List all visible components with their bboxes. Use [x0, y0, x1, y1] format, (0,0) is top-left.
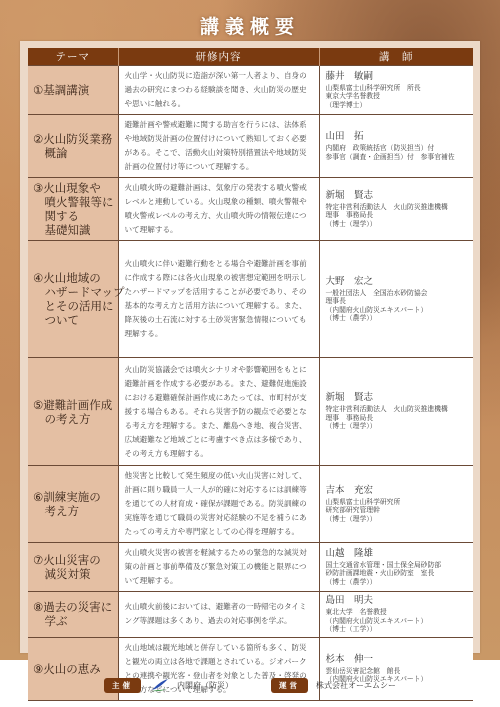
lecturer-affiliation: 特定非営利活動法人 火山防災推進機構 理事 事務局長 （博士（理学））	[326, 203, 468, 229]
theme-line: ①基調講演	[33, 83, 114, 97]
content-cell: 火山噴火前後においては、避難者の一時帰宅のタイミング等課題は多くあり、過去の対応…	[118, 592, 319, 638]
theme-cell: ⑥訓練実施の 考え方	[28, 466, 118, 543]
sponsor-badge: 主催	[104, 678, 141, 693]
theme-line: ③火山現象や	[33, 181, 114, 195]
sponsor-org: 内閣府（防災）	[177, 680, 233, 691]
theme-line: 考え方	[33, 504, 114, 518]
lecturer-affiliation: 山梨県富士山科学研究所 研究部研究管理幹 （博士（理学））	[326, 498, 468, 524]
content-cell: 火山噴火災害の被害を軽減するための緊急的な減災対策の計画と事前準備及び緊急対策工…	[118, 543, 319, 592]
table-row: ⑧過去の災害に 学ぶ火山噴火前後においては、避難者の一時帰宅のタイミング等課題は…	[28, 592, 473, 638]
header-theme: テーマ	[28, 48, 118, 66]
theme-line: とその活用に	[33, 299, 114, 313]
theme-line: ④火山地域の	[33, 271, 114, 285]
lecturer-cell: 山田 拓内閣府 政策統括官（防災担当）付 参事官（調査・企画担当）付 参事官補佐	[319, 115, 473, 178]
theme-line: ハザードマップ	[33, 285, 114, 299]
content-cell: 火山噴火時の避難計画は、気象庁の発表する噴火警戒レベルと連動している。火山現象の…	[118, 178, 319, 241]
content-cell: 火山噴火に伴い避難行動をとる場合や避難計画を事前に作成する際には各火山現象の被害…	[118, 241, 319, 358]
content-cell: 火山防災協議会では噴火シナリオや影響範囲をもとに避難計画を作成する必要がある。ま…	[118, 358, 319, 466]
theme-line: 噴火警報等に	[33, 195, 114, 209]
theme-cell: ②火山防災業務 概論	[28, 115, 118, 178]
table-row: ④火山地域の ハザードマップ とその活用に ついて火山噴火に伴い避難行動をとる場…	[28, 241, 473, 358]
theme-line: 基礎知識	[33, 223, 114, 237]
table-row: ②火山防災業務 概論避難計画や警戒避難に関する助言を行うには、法体系や地域防災計…	[28, 115, 473, 178]
lecturer-name: 藤井 敏嗣	[326, 71, 468, 83]
page-title: 講義概要	[0, 12, 500, 39]
cabinet-office-logo-icon	[151, 678, 169, 692]
theme-line: ⑥訓練実施の	[33, 490, 114, 504]
lecturer-name: 島田 明夫	[326, 595, 468, 607]
theme-line: ⑧過去の災害に	[33, 600, 114, 614]
content-cell: 火山学・火山防災に造詣が深い第一人者より、自身の過去の研究にまつわる経験談を聞き…	[118, 66, 319, 115]
lecturer-cell: 藤井 敏嗣山梨県富士山科学研究所 所長 東京大学名誉教授 （理学博士）	[319, 66, 473, 115]
lecturer-cell: 新堀 賢志特定非営利活動法人 火山防災推進機構 理事 事務局長 （博士（理学））	[319, 358, 473, 466]
lecturer-cell: 大野 宏之一般社団法人 全国治水砂防協会 理事長 （内閣府火山防災エキスパート）…	[319, 241, 473, 358]
lecturer-name: 吉本 充宏	[326, 485, 468, 497]
header-content: 研修内容	[118, 48, 319, 66]
lecturer-name: 新堀 賢志	[326, 190, 468, 202]
theme-cell: ④火山地域の ハザードマップ とその活用に ついて	[28, 241, 118, 358]
theme-cell: ①基調講演	[28, 66, 118, 115]
theme-cell: ⑤避難計画作成 の考え方	[28, 358, 118, 466]
lecturer-name: 杉本 伸一	[326, 654, 468, 666]
lecturer-name: 山越 隆雄	[326, 548, 468, 560]
lecturer-affiliation: 一般社団法人 全国治水砂防協会 理事長 （内閣府火山防災エキスパート） （博士（…	[326, 289, 468, 323]
table-header-row: テーマ 研修内容 講 師	[28, 48, 473, 66]
theme-line: 減災対策	[33, 567, 114, 581]
table-row: ⑦火山災害の 減災対策火山噴火災害の被害を軽減するための緊急的な減災対策の計画と…	[28, 543, 473, 592]
lecturer-name: 新堀 賢志	[326, 392, 468, 404]
theme-line: ⑦火山災害の	[33, 553, 114, 567]
lecturer-affiliation: 特定非営利活動法人 火山防災推進機構 理事 事務局長 （博士（理学））	[326, 405, 468, 431]
lecturer-affiliation: 内閣府 政策統括官（防災担当）付 参事官（調査・企画担当）付 参事官補佐	[326, 144, 468, 161]
theme-line: ついて	[33, 313, 114, 327]
theme-line: 関する	[33, 209, 114, 223]
theme-cell: ⑧過去の災害に 学ぶ	[28, 592, 118, 638]
table-row: ⑥訓練実施の 考え方他災害と比較して発生頻度の低い火山災害に対して、計画に則り職…	[28, 466, 473, 543]
lecturer-cell: 吉本 充宏山梨県富士山科学研究所 研究部研究管理幹 （博士（理学））	[319, 466, 473, 543]
lecturer-cell: 山越 隆雄国土交通省水管理・国土保全局砂防部 砂防計画課地震・火山砂防室 室長 …	[319, 543, 473, 592]
theme-line: ②火山防災業務	[33, 132, 114, 146]
theme-line: ⑨火山の恵み	[33, 662, 114, 676]
table-row: ③火山現象や 噴火警報等に 関する 基礎知識火山噴火時の避難計画は、気象庁の発表…	[28, 178, 473, 241]
lecture-table: テーマ 研修内容 講 師 ①基調講演火山学・火山防災に造詣が深い第一人者より、自…	[28, 48, 473, 701]
lecturer-affiliation: 東北大学 名誉教授 （内閣府火山防災エキスパート） （博士（工学））	[326, 608, 468, 634]
table-row: ①基調講演火山学・火山防災に造詣が深い第一人者より、自身の過去の研究にまつわる経…	[28, 66, 473, 115]
theme-line: 学ぶ	[33, 614, 114, 628]
content-cell: 他災害と比較して発生頻度の低い火山災害に対して、計画に則り職員一人一人が的確に対…	[118, 466, 319, 543]
theme-line: 概論	[33, 146, 114, 160]
operator-org: 株式会社オーエムシー	[316, 680, 396, 691]
lecturer-cell: 新堀 賢志特定非営利活動法人 火山防災推進機構 理事 事務局長 （博士（理学））	[319, 178, 473, 241]
theme-line: の考え方	[33, 412, 114, 426]
table-row: ⑤避難計画作成 の考え方火山防災協議会では噴火シナリオや影響範囲をもとに避難計画…	[28, 358, 473, 466]
theme-cell: ⑦火山災害の 減災対策	[28, 543, 118, 592]
footer: 主催 内閣府（防災） 運営 株式会社オーエムシー	[0, 677, 500, 693]
lecturer-name: 大野 宏之	[326, 276, 468, 288]
lecturer-affiliation: 国土交通省水管理・国土保全局砂防部 砂防計画課地震・火山砂防室 室長 （博士（農…	[326, 561, 468, 587]
content-cell: 避難計画や警戒避難に関する助言を行うには、法体系や地域防災計画の位置付けについて…	[118, 115, 319, 178]
header-lecturer: 講 師	[319, 48, 473, 66]
lecturer-affiliation: 山梨県富士山科学研究所 所長 東京大学名誉教授 （理学博士）	[326, 84, 468, 110]
theme-line: ⑤避難計画作成	[33, 398, 114, 412]
lecturer-name: 山田 拓	[326, 131, 468, 143]
operator-badge: 運営	[271, 678, 308, 693]
lecturer-cell: 島田 明夫東北大学 名誉教授 （内閣府火山防災エキスパート） （博士（工学））	[319, 592, 473, 638]
theme-cell: ③火山現象や 噴火警報等に 関する 基礎知識	[28, 178, 118, 241]
